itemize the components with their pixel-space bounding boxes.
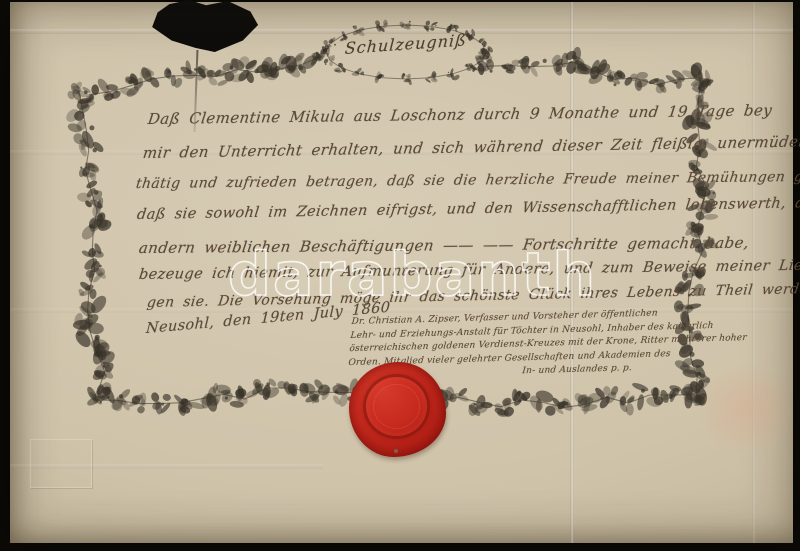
wax-seal-inner-emboss — [373, 384, 420, 429]
wax-droplet — [394, 449, 398, 453]
scanned-certificate: Schulzeugniß Daß Clementine Mikula aus L… — [0, 0, 800, 551]
red-wax-seal — [349, 362, 446, 457]
